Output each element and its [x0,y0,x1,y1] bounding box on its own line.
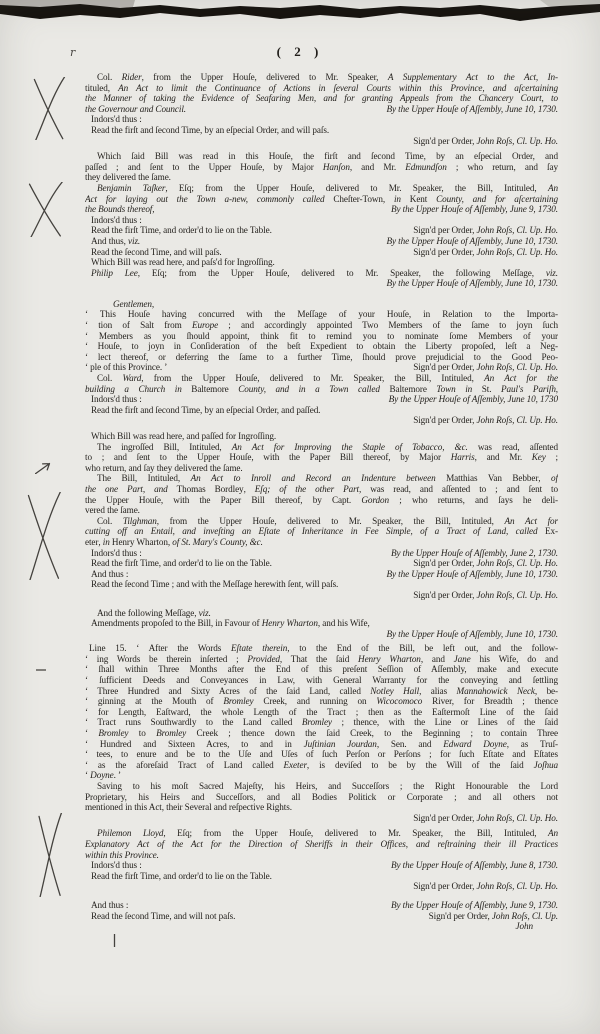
text-line: The Bill, Intituled, An Act to Inroll an… [85,473,558,484]
text-line: And thus, viz.By the Upper Houſe of Aſſe… [85,236,558,247]
text-line: ‘ Doyne. ’ [85,770,558,781]
text-line: Gentlemen, [85,299,558,310]
text-line: Sign'd per Order, John Roſs, Cl. Up. Ho. [85,415,558,426]
text-line: Amendments propoſed to the Bill, in Favo… [85,618,558,629]
torn-paper-edge [0,0,600,26]
text-line: And thus :By the Upper Houſe of Aſſembly… [85,900,558,911]
text-line: Col. Rider, from the Upper Houſe, delive… [85,72,558,83]
text-line: And thus :By the Upper Houſe of Aſſembly… [85,569,558,580]
text-line: ‘ ſhall within Three Months after the En… [85,664,558,675]
text-line: within this Province. [85,850,558,861]
text-line: Indors'd thus : [85,114,558,125]
text-line: By the Upper Houſe of Aſſembly, June 10,… [85,278,558,289]
text-line: the Governour and Council.By the Upper H… [85,104,558,115]
text-line: Which Bill was read here, and paſs'd for… [85,257,558,268]
text-column: Col. Rider, from the Upper Houſe, delive… [85,72,558,932]
text-line: the one Part, and Thomas Bordley, Eſq; o… [85,484,558,495]
text-line: ‘ for Length, Eaſtward, the whole Length… [85,707,558,718]
text-line: Read the ſecond Time, and will paſs.Sign… [85,247,558,258]
text-line: ‘ ſufficient Deeds and Conveyances in La… [85,675,558,686]
text-line: ‘ lect thereof, or deferring the ſame to… [85,352,558,363]
tick-mark [113,934,116,947]
text-line: the Bounds thereof,By the Upper Houſe of… [85,204,558,215]
text-line: Read the firſt Time, and order'd to lie … [85,558,558,569]
page-number: ( 2 ) [0,44,600,60]
text-line: John [85,921,558,932]
text-line: Which ſaid Bill was read in this Houſe, … [85,151,558,162]
text-line: ‘ ginning at the Mouth of Bromley Creek,… [85,696,558,707]
text-line: Read the firſt Time, and order'd to lie … [85,871,558,882]
text-line: eter, in Henry Wharton, of St. Mary's Co… [85,537,558,548]
text-line: Read the firſt Time, and order'd to lie … [85,225,558,236]
text-line: Act for laying out the Town a-new, commo… [85,194,558,205]
text-line: Indors'd thus : [85,215,558,226]
text-line: Saving to his moſt Sacred Majeſty, his H… [85,781,558,792]
text-line: who return, and ſay they delivered the ſ… [85,463,558,474]
text-line: the Upper Houſe, with the Paper Bill the… [85,495,558,506]
text-line: they delivered the ſame. [85,172,558,183]
arrow-mark [35,461,52,474]
text-line: Which Bill was read here, and paſſed for… [85,431,558,442]
text-line: to ; and ſent to the Upper Houſe, with t… [85,452,558,463]
text-line: Indors'd thus :By the Upper Houſe of Aſſ… [85,548,558,559]
text-line: ‘ tees, to enure and be to the Uſe and U… [85,749,558,760]
text-line: Sign'd per Order, John Roſs, Cl. Up. Ho. [85,136,558,147]
document-page: ( 2 ) Col. Rider, from the Upper Houſe, … [0,0,600,1034]
text-line: ‘ Houſe, to joyn in Conſideration of the… [85,341,558,352]
text-line: ‘ Bromley to Bromley Creek ; thence down… [85,728,558,739]
text-line: paſſed ; and ſent to the Upper Houſe, by… [85,162,558,173]
text-line: Read the ſecond Time, and will not paſs.… [85,911,558,922]
x-mark-2 [28,182,66,237]
text-line: vered the ſame. [85,505,558,516]
text-line: ‘ Members as you ſhould appoint, think f… [85,331,558,342]
text-line: ‘ Three Hundred and Sixty Acres of the ſ… [85,686,558,697]
text-line: Read the firſt and ſecond Time, by an eſ… [85,125,558,136]
text-line: ‘ Hundred and Sixteen Acres, to and in J… [85,739,558,750]
text-line: Sign'd per Order, John Roſs, Cl. Up. Ho. [85,590,558,601]
text-line: cutting off an Entail, and inveſting an … [85,526,558,537]
text-line: ‘ Tract runs Southwardly to the Land cal… [85,717,558,728]
text-line: Read the firſt and ſecond Time, by an eſ… [85,405,558,416]
text-line: the Manner of taking the Evidence of Sea… [85,93,558,104]
text-line: ‘ tion of Salt from Europe ; and accordi… [85,320,558,331]
text-line: Sign'd per Order, John Roſs, Cl. Up. Ho. [85,881,558,892]
text-line: Sign'd per Order, John Roſs, Cl. Up. Ho. [85,813,558,824]
text-line: ‘ ple of this Province. ’Sign'd per Orde… [85,362,558,373]
dash-mark [36,659,46,663]
text-line: ‘ as the aforeſaid Tract of Land called … [85,760,558,771]
text-line: Proprietary, his Heirs and Succeſſors, a… [85,792,558,803]
text-line: Indors'd thus :By the Upper Houſe of Aſſ… [85,394,558,405]
text-line: Benjamin Taſker, Eſq; from the Upper Hou… [85,183,558,194]
text-line: The ingroſſed Bill, Intituled, An Act fo… [85,442,558,453]
text-line: tituled, An Act to limit the Continuance… [85,83,558,94]
x-mark-1 [33,77,68,140]
text-line: Line 15. ‘ After the Words Eſtate therei… [85,643,558,654]
text-line: Explanatory Act of the Act for the Direc… [85,839,558,850]
text-line: Philemon Lloyd, Eſq; from the Upper Houſ… [85,828,558,839]
text-line: By the Upper Houſe of Aſſembly, June 10,… [85,629,558,640]
text-line: And the following Meſſage, viz. [85,608,558,619]
text-line: Col. Ward, from the Upper Houſe, deliver… [85,373,558,384]
text-line: ‘ ing Words be therein inſerted ; Provid… [85,654,558,665]
x-mark-3 [27,492,64,580]
text-line: Col. Tilghman, from the Upper Houſe, del… [85,516,558,527]
text-line: building a Church in Baltemore County, a… [85,384,558,395]
x-mark-4 [38,813,64,897]
text-line: Philip Lee, Eſq; from the Upper Houſe, d… [85,268,558,279]
text-line: Indors'd thus :By the Upper Houſe of Aſſ… [85,860,558,871]
text-line: mentioned in this Act, their Several and… [85,802,558,813]
text-line: Read the ſecond Time ; and with the Meſſ… [85,579,558,590]
text-line: ‘ This Houſe having concurred with the M… [85,309,558,320]
